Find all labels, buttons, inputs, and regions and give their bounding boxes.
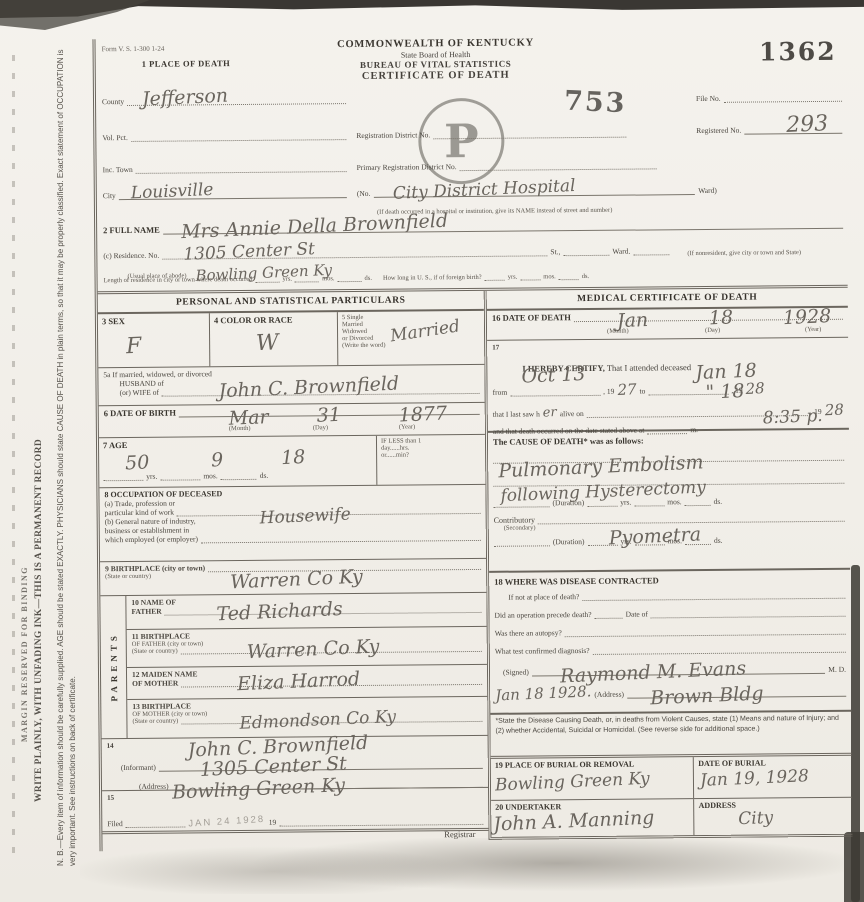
husband-value: John C. Brownfield <box>218 374 399 401</box>
dod-label: 16 DATE OF DEATH <box>492 312 571 323</box>
dob-month-caption: (Month) <box>229 425 251 432</box>
signed-label: (Signed) <box>503 668 529 677</box>
us-length-label: How long in U. S., if of foreign birth? <box>383 274 482 282</box>
registrar-label: Registrar <box>107 829 483 842</box>
certificate-form: Form V. S. 1-300 1-24 1 PLACE OF DEATH C… <box>92 33 851 852</box>
dod-day-value: 18 <box>709 308 734 328</box>
mother-maiden-label-2: OF MOTHER <box>132 679 178 688</box>
statistics-grid: PERSONAL AND STATISTICAL PARTICULARS 3 S… <box>98 285 853 844</box>
full-name-value: Mrs Annie Della Brownfield <box>181 212 449 243</box>
age-months-value: 9 <box>211 451 224 471</box>
p-stamp: P <box>418 98 505 185</box>
autopsy-label: Was there an autopsy? <box>495 628 562 638</box>
county-label: County <box>102 97 124 106</box>
sex-label: 3 SEX <box>102 315 205 326</box>
age-ds-unit: ds. <box>260 471 269 480</box>
time-of-death-value: 8:35 p. <box>763 408 824 428</box>
parents-vertical-label: PARENTS <box>108 632 119 701</box>
dob-year: 1877 <box>398 404 447 425</box>
mother-maiden-value: Eliza Harrod <box>237 670 361 694</box>
father-name-label-2: FATHER <box>131 607 161 616</box>
place-of-death-label: 1 PLACE OF DEATH <box>142 58 231 69</box>
margin-write-plainly-note: WRITE PLAINLY, WITH UNFADING INK—THIS IS… <box>34 439 44 802</box>
dod-year-value: 1928 <box>783 307 832 328</box>
hospital-value: City District Hospital <box>393 178 576 203</box>
age-years-value: 50 <box>125 453 150 473</box>
duration2-ds: ds. <box>714 536 723 545</box>
mos-unit-2: mos. <box>543 273 556 280</box>
alive-on-text: alive on <box>560 409 584 418</box>
registration-district-label: Registration District No. <box>356 130 430 140</box>
duration1-ds: ds. <box>714 497 723 506</box>
registered-no-value: 293 <box>786 113 829 137</box>
age-mos-unit: mos. <box>203 471 217 480</box>
occupation-b-label-3: which employed (or employer) <box>105 534 198 544</box>
filed-19-label: 19 <box>269 818 277 827</box>
if-less-label-3: or......min? <box>381 451 481 459</box>
certify-to-yy: 28 <box>745 381 765 397</box>
undertaker-value: John A. Manning <box>493 809 655 835</box>
father-birthplace-label-3: (State or country) <box>132 648 178 655</box>
registered-no-label: Registered No. <box>696 126 741 135</box>
burial-date-label: DATE OF BURIAL <box>698 758 848 768</box>
city-value: Louisville <box>130 182 213 203</box>
scanned-death-certificate: MARGIN RESERVED FOR BINDING WRITE PLAINL… <box>0 0 864 902</box>
informant-label: (Informant) <box>121 763 156 772</box>
filed-number: 15 <box>107 794 114 802</box>
vol-pct-label: Vol. Pct. <box>102 133 128 142</box>
father-name-value: Ted Richards <box>216 600 343 624</box>
scan-edge-top-left <box>0 0 150 30</box>
father-birthplace-value: Warren Co Ky <box>246 638 379 663</box>
signed-address-label: (Address) <box>594 690 624 699</box>
residence-value: 1305 Center St <box>183 241 315 264</box>
age-label: 7 AGE <box>103 438 372 450</box>
certify-number: 17 <box>492 343 499 351</box>
last-saw-text: that I last saw h <box>493 409 540 418</box>
full-name-label: 2 FULL NAME <box>103 225 160 235</box>
operation-label: Did an operation precede death? <box>494 610 591 620</box>
birthplace-value: Warren Co Ky <box>230 568 363 593</box>
signed-md-label: M. D. <box>828 665 846 674</box>
primary-district-label: Primary Registration District No. <box>357 162 457 172</box>
certify-from-value: Oct 13 <box>521 365 586 387</box>
dod-year-caption: (Year) <box>805 326 821 333</box>
yrs-unit-2: yrs. <box>508 274 518 281</box>
signed-date-value: Jan 18 1928. <box>495 684 592 703</box>
personal-particulars-column: PERSONAL AND STATISTICAL PARTICULARS 3 S… <box>98 291 489 834</box>
margin-binding-note: MARGIN RESERVED FOR BINDING <box>20 566 29 742</box>
certify-from-yy: 27 <box>617 382 637 398</box>
certify-19-1: , 19 <box>603 387 614 396</box>
county-value: Jefferson <box>142 87 229 110</box>
color-race-label: 4 COLOR OR RACE <box>214 314 333 325</box>
if-not-label: If not at place of death? <box>508 592 579 602</box>
where-contracted-label: 18 WHERE WAS DISEASE CONTRACTED <box>494 574 845 587</box>
residence-label: (c) Residence. No. <box>103 251 159 260</box>
file-no-blank <box>724 99 842 103</box>
cause-of-death-label: The CAUSE OF DEATH* was as follows: <box>493 434 844 447</box>
medical-header: MEDICAL CERTIFICATE OF DEATH <box>577 293 757 305</box>
birthplace-label: 9 BIRTHPLACE (city or town) <box>105 563 205 573</box>
ward-suffix: Ward) <box>698 186 717 195</box>
last-saw-her: er <box>543 406 557 420</box>
dob-label: 6 DATE OF BIRTH <box>104 408 176 419</box>
undertaker-address-value: City <box>738 810 774 829</box>
p-stamp-letter: P <box>444 114 479 168</box>
dob-day-caption: (Day) <box>313 424 328 431</box>
certificate-number-stamp: 1362 <box>759 37 837 67</box>
form-number: Form V. S. 1-300 1-24 <box>102 45 165 54</box>
contributory-value: Pyometra <box>608 525 701 548</box>
mother-birthplace-value: Edmondson Co Ky <box>239 709 396 733</box>
burial-place-label: 19 PLACE OF BURIAL OR REMOVAL <box>495 759 690 770</box>
sex-value: F <box>126 336 142 359</box>
color-race-value: W <box>256 332 280 355</box>
ds-unit: ds. <box>364 275 371 282</box>
certify-from-label: from <box>493 388 508 397</box>
dod-month-caption: (Month) <box>607 328 629 335</box>
yrs-unit: yrs. <box>282 276 292 283</box>
residence-st-label: St., <box>550 247 560 256</box>
cause-line-1: Pulmonary Embolism <box>498 453 704 481</box>
filed-date-stamp: JAN 24 1928 <box>188 814 265 830</box>
mother-birthplace-label-3: (State or country) <box>132 718 178 725</box>
length-residence-label: Length of residence in city or town wher… <box>104 276 253 284</box>
nonresident-note: (If nonresident, give city or town and S… <box>687 249 857 257</box>
medical-certificate-column: MEDICAL CERTIFICATE OF DEATH 16 DATE OF … <box>484 288 853 840</box>
dod-day-caption: (Day) <box>705 327 720 334</box>
city-label: City <box>103 191 116 200</box>
residence-ward-label: Ward. <box>612 247 630 256</box>
burial-date-value: Jan 19, 1928 <box>700 768 810 790</box>
inc-town-label: Inc. Town <box>103 165 133 174</box>
mos-unit: mos. <box>322 275 335 282</box>
husband-label-3: (or) WIFE of <box>120 388 160 397</box>
signed-address-value: Brown Bldg <box>650 684 764 708</box>
occupation-a-value: Housewife <box>259 506 351 527</box>
dob-year-caption: (Year) <box>399 423 415 430</box>
personal-header: PERSONAL AND STATISTICAL PARTICULARS <box>176 296 406 308</box>
duration-label-2: (Duration) <box>553 537 585 546</box>
scan-left-perforation <box>12 55 15 855</box>
certify-rest-text: That I attended deceased <box>607 362 691 373</box>
undertaker-address-label: ADDRESS <box>699 800 849 810</box>
ds-unit-2: ds. <box>582 273 589 280</box>
certificate-title: CERTIFICATE OF DEATH <box>266 69 606 83</box>
date-of-label: Date of <box>626 609 648 618</box>
last-saw-value: " 18 <box>705 382 745 403</box>
informant-address-label: (Address) <box>139 782 169 791</box>
contributory-label: Contributory <box>494 515 535 524</box>
dob-day: 31 <box>316 406 341 426</box>
cause-footnote: *State the Disease Causing Death, or, in… <box>495 714 846 736</box>
district-number-stamp: 753 <box>563 86 627 120</box>
file-no-label: File No. <box>696 94 721 103</box>
margin-nb-note: N. B.—Every item of information should b… <box>55 48 78 866</box>
age-days-value: 18 <box>281 448 306 468</box>
filed-label: Filed <box>107 819 122 828</box>
hospital-no-prefix: (No. <box>357 189 371 198</box>
burial-place-value: Bowling Green Ky <box>495 771 650 795</box>
certify-to-label: to <box>639 386 645 395</box>
test-label: What test confirmed diagnosis? <box>495 646 590 656</box>
last-saw-yy: 28 <box>824 402 844 418</box>
informant-number: 14 <box>107 742 114 750</box>
